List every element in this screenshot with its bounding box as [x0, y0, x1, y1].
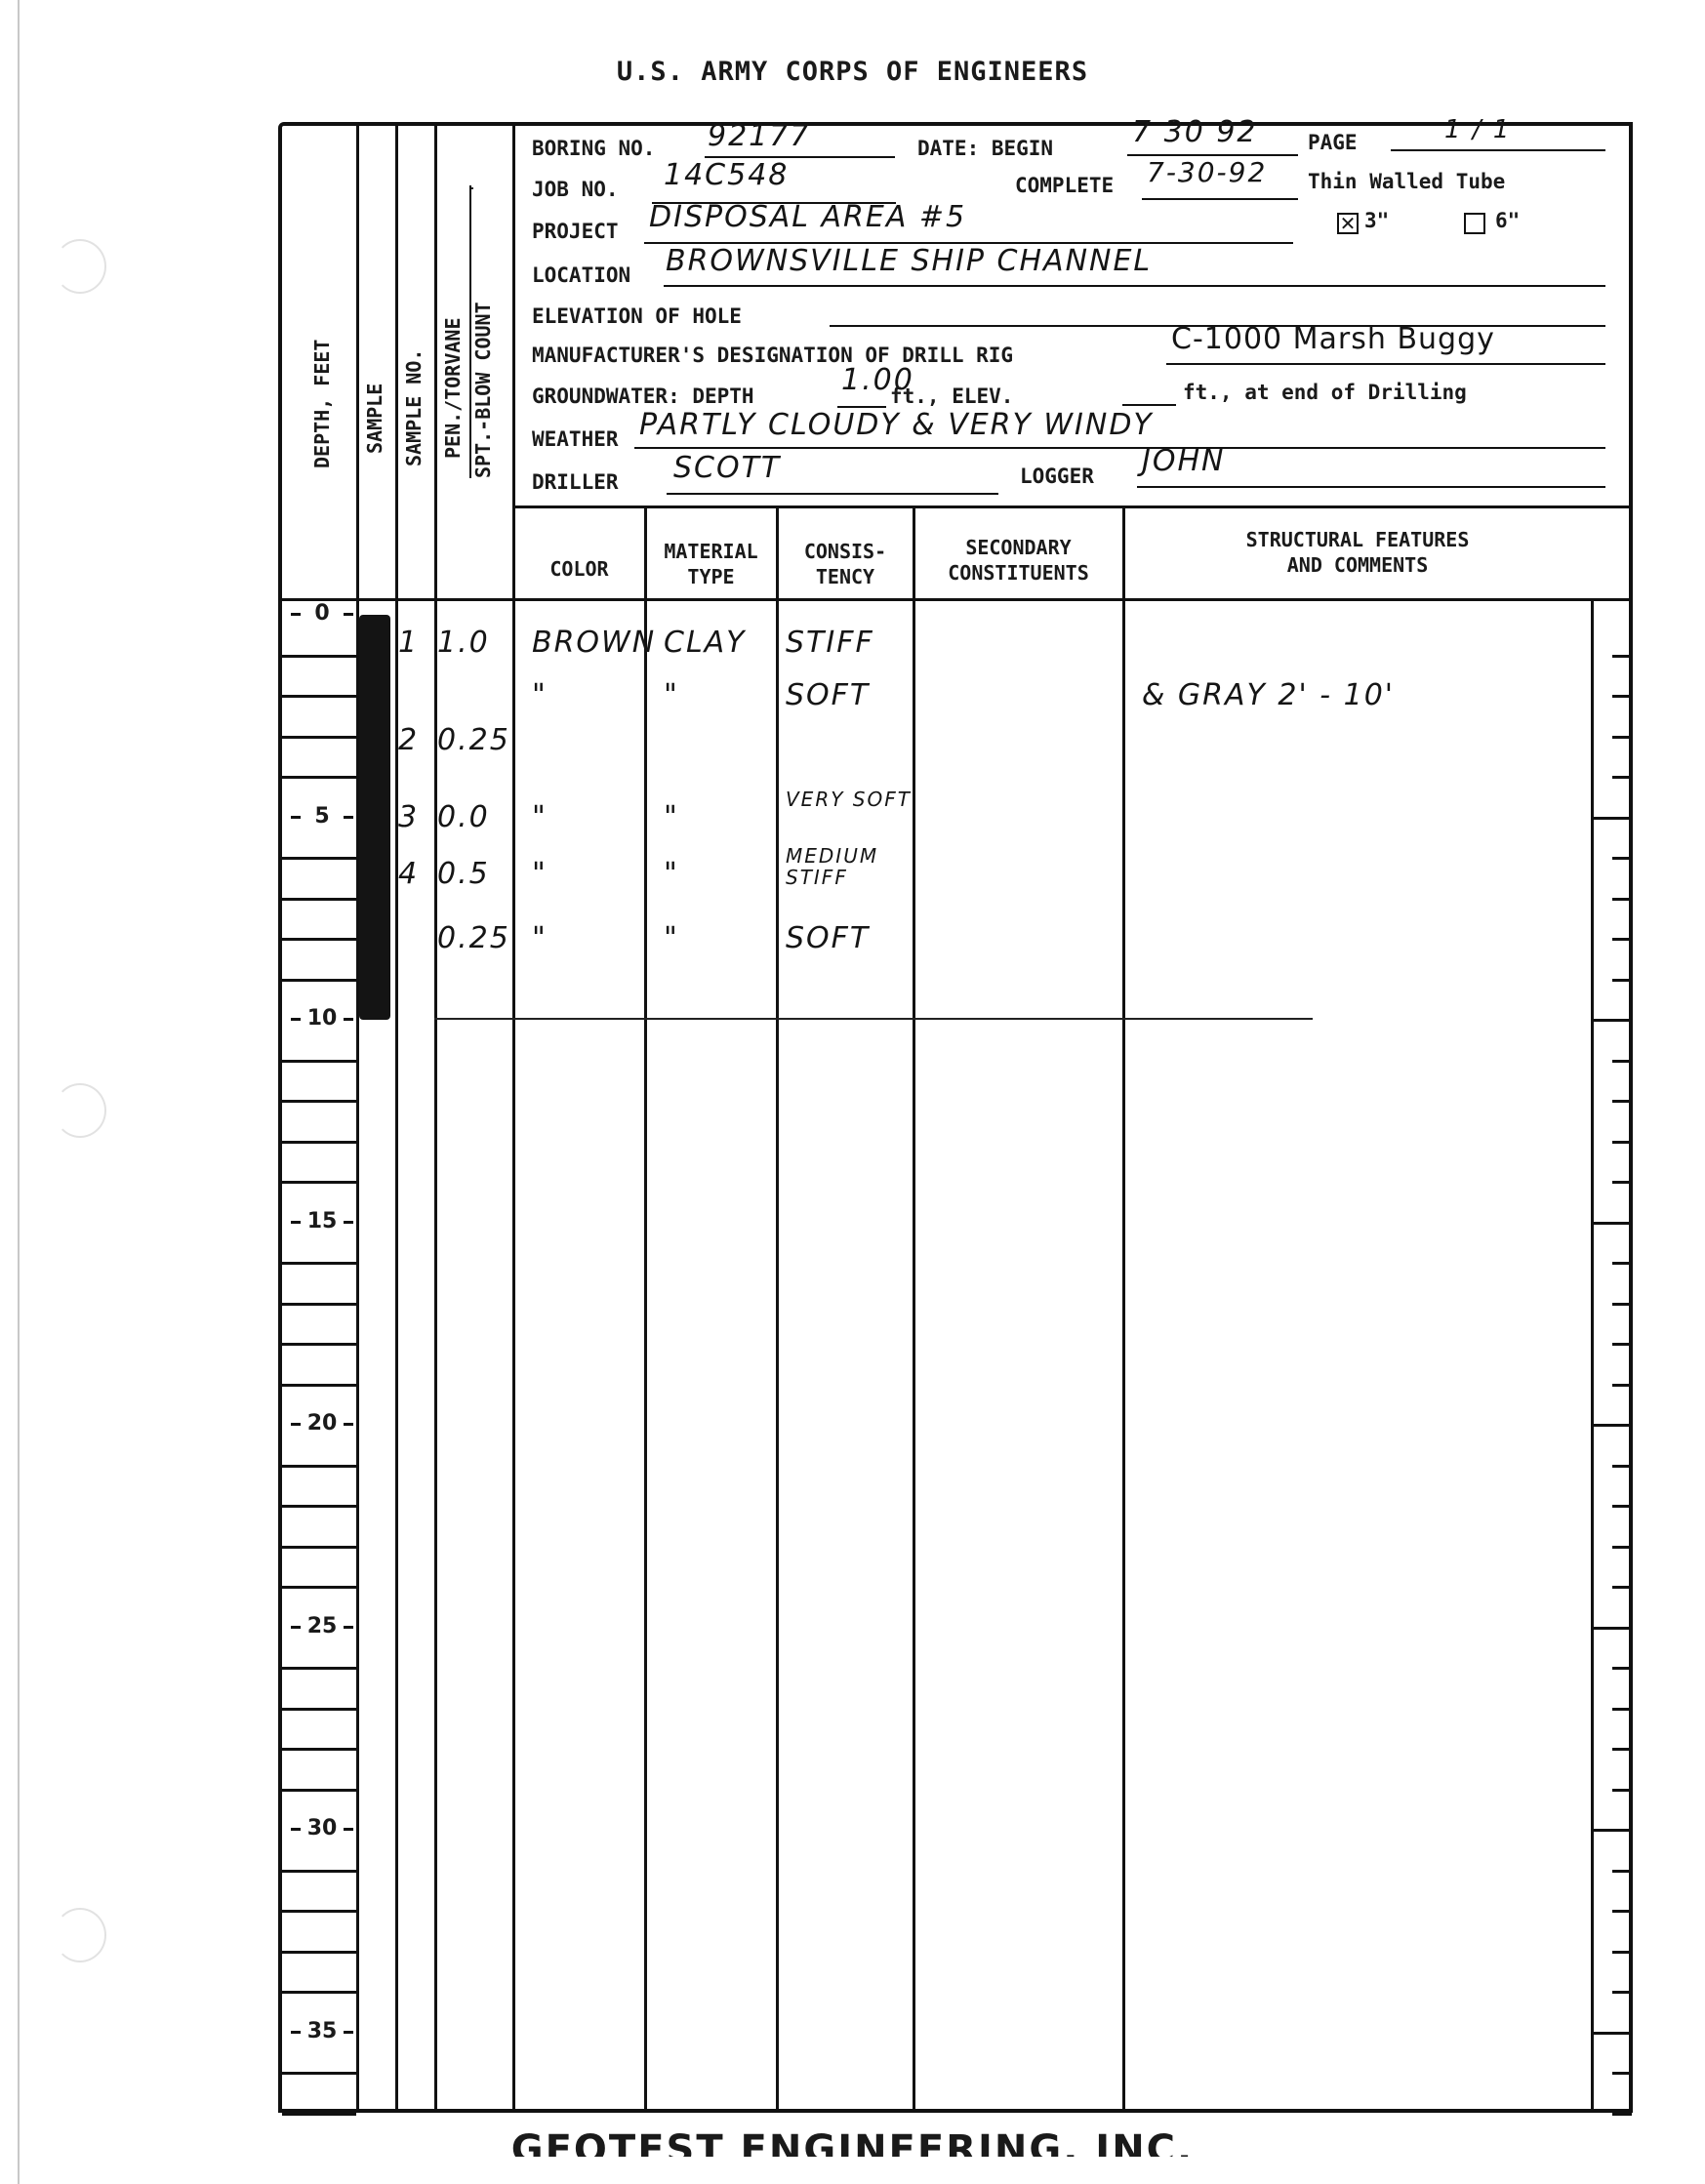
- depth-tick: [1612, 655, 1632, 658]
- sample-no-cell[interactable]: 2: [398, 723, 419, 757]
- depth-tick: [1612, 1951, 1632, 1954]
- weather-label: WEATHER: [532, 427, 619, 451]
- consistency-cell[interactable]: MEDIUM STIFF: [786, 845, 913, 888]
- document-title: U.S. ARMY CORPS OF ENGINEERS: [0, 57, 1705, 87]
- groundwater-label: GROUNDWATER: DEPTH: [532, 384, 754, 408]
- secondary-header-line1: SECONDARY: [965, 536, 1071, 559]
- footer-company: GEOTEST ENGINEERING, INC.: [0, 2127, 1705, 2157]
- job-no-label: JOB NO.: [532, 178, 619, 201]
- sample-no-cell[interactable]: 3: [398, 800, 419, 834]
- depth-tick: [282, 2113, 356, 2116]
- depth-tick: [282, 1181, 356, 1184]
- location-value[interactable]: BROWNSVILLE SHIP CHANNEL: [666, 244, 1152, 278]
- depth-tick: [282, 1870, 356, 1873]
- color-cell[interactable]: ": [532, 678, 548, 712]
- depth-tick: [282, 1748, 356, 1751]
- depth-tick: [1591, 1627, 1632, 1630]
- structural-column-header: STRUCTURAL FEATURESAND COMMENTS: [1124, 527, 1591, 578]
- punch-hole: [54, 239, 106, 294]
- color-column-header: COLOR: [514, 556, 644, 582]
- underline: [1166, 363, 1605, 365]
- thin-walled-tube-label: Thin Walled Tube: [1308, 170, 1505, 193]
- material-cell[interactable]: ": [664, 800, 679, 834]
- depth-tick: [282, 1546, 356, 1549]
- sample-no-cell[interactable]: 4: [398, 857, 419, 891]
- depth-tick: [1612, 736, 1632, 739]
- depth-tick: [282, 1667, 356, 1670]
- driller-label: DRILLER: [532, 470, 619, 494]
- depth-tick: [282, 1262, 356, 1265]
- depth-tick: [282, 1951, 356, 1954]
- depth-tick: [1591, 1829, 1632, 1832]
- driller-value[interactable]: SCOTT: [673, 451, 781, 485]
- depth-label: 0: [291, 601, 353, 626]
- depth-tick: [1612, 2113, 1632, 2116]
- depth-tick: [1612, 776, 1632, 779]
- depth-tick: [282, 1708, 356, 1711]
- column-divider: [356, 124, 359, 2111]
- depth-tick: [1612, 1667, 1632, 1670]
- fraction-divider: [471, 187, 473, 189]
- logger-value[interactable]: JOHN: [1142, 444, 1225, 478]
- column-divider: [512, 124, 515, 2111]
- color-cell[interactable]: BROWN: [532, 626, 656, 660]
- sample-recovery-bar: [359, 615, 390, 1020]
- date-begin-label: DATE: BEGIN: [917, 137, 1053, 160]
- column-divider: [776, 507, 779, 2111]
- logger-label: LOGGER: [1020, 465, 1094, 488]
- consistency-header-line1: CONSIS-: [804, 540, 886, 563]
- date-complete-label: COMPLETE: [1015, 174, 1114, 197]
- boring-no-value[interactable]: 92177: [708, 119, 810, 153]
- punch-hole: [54, 1908, 106, 1962]
- depth-tick: [1591, 1222, 1632, 1225]
- depth-tick: [1591, 1424, 1632, 1427]
- tube-3in-label: 3": [1364, 209, 1389, 232]
- depth-tick: [282, 1505, 356, 1508]
- depth-tick: [282, 1384, 356, 1387]
- depth-label: 30: [291, 1816, 353, 1840]
- depth-tick: [1591, 817, 1632, 820]
- depth-tick: [282, 736, 356, 739]
- depth-tick: [1612, 1141, 1632, 1144]
- consistency-header-line2: TENCY: [816, 565, 874, 588]
- depth-tick: [1612, 898, 1632, 901]
- groundwater-elev-field: [1122, 404, 1176, 406]
- column-header-divider: [280, 598, 1631, 601]
- depth-label: 35: [291, 2019, 353, 2043]
- material-column-header: MATERIALTYPE: [646, 539, 776, 589]
- header-divider: [512, 506, 1631, 508]
- comment-cell[interactable]: & GRAY 2' - 10': [1142, 678, 1395, 712]
- weather-value[interactable]: PARTLY CLOUDY & VERY WINDY: [639, 408, 1154, 442]
- depth-label: 15: [291, 1209, 353, 1234]
- sample-no-cell[interactable]: 1: [398, 626, 419, 660]
- depth-tick: [282, 776, 356, 779]
- sample-no-column-header: SAMPLE NO.: [402, 349, 426, 466]
- pen-torvane-cell[interactable]: 0.5: [437, 857, 490, 891]
- depth-label: 5: [291, 804, 353, 829]
- consistency-cell[interactable]: SOFT: [786, 921, 870, 955]
- depth-tick: [282, 695, 356, 698]
- depth-tick: [1612, 1991, 1632, 1994]
- material-header-line2: TYPE: [687, 565, 734, 588]
- boring-no-label: BORING NO.: [532, 137, 655, 160]
- depth-tick: [282, 938, 356, 941]
- consistency-column-header: CONSIS-TENCY: [778, 539, 913, 589]
- page-label: PAGE: [1308, 131, 1358, 154]
- tube-6in-label: 6": [1495, 209, 1520, 232]
- project-value[interactable]: DISPOSAL AREA #5: [649, 200, 966, 234]
- depth-tick: [1612, 1384, 1632, 1387]
- depth-column-header: DEPTH, FEET: [310, 340, 334, 468]
- depth-label: 10: [291, 1006, 353, 1031]
- depth-tick: [1612, 1910, 1632, 1913]
- depth-tick: [1612, 1546, 1632, 1549]
- depth-tick: [282, 1303, 356, 1306]
- pen-torvane-cell[interactable]: 0.25: [437, 921, 510, 955]
- secondary-header-line2: CONSTITUENTS: [948, 561, 1089, 585]
- depth-label: 20: [291, 1411, 353, 1436]
- depth-tick: [1612, 1465, 1632, 1468]
- depth-tick: [1612, 1181, 1632, 1184]
- depth-tick: [1612, 1303, 1632, 1306]
- elevation-label: ELEVATION OF HOLE: [532, 304, 742, 328]
- underline: [667, 493, 998, 495]
- depth-tick: [282, 1465, 356, 1468]
- groundwater-elev-label: ft., ELEV.: [890, 384, 1013, 408]
- depth-tick: [1612, 1343, 1632, 1346]
- punch-hole: [54, 1083, 106, 1138]
- drill-rig-label: MANUFACTURER'S DESIGNATION OF DRILL RIG: [532, 344, 1013, 367]
- color-cell[interactable]: ": [532, 921, 548, 955]
- depth-tick: [282, 2072, 356, 2075]
- consistency-cell[interactable]: STIFF: [786, 626, 874, 660]
- spt-column-header: SPT.-BLOW COUNT: [471, 302, 495, 478]
- depth-tick: [282, 655, 356, 658]
- column-divider: [395, 124, 398, 2111]
- pen-torvane-cell[interactable]: 0.25: [437, 723, 510, 757]
- page-value[interactable]: 1 / 1: [1444, 115, 1511, 144]
- depth-tick: [1612, 1870, 1632, 1873]
- depth-label: 25: [291, 1614, 353, 1638]
- depth-tick: [1591, 1019, 1632, 1022]
- depth-tick: [1591, 2032, 1632, 2035]
- pen-torvane-cell[interactable]: 1.0: [437, 626, 490, 660]
- depth-tick: [1612, 1789, 1632, 1792]
- material-cell[interactable]: ": [664, 921, 679, 955]
- date-begin-value[interactable]: 7 30 92: [1132, 115, 1258, 149]
- depth-tick: [1612, 1100, 1632, 1103]
- date-complete-value[interactable]: 7-30-92: [1147, 156, 1267, 188]
- color-cell[interactable]: ": [532, 857, 548, 891]
- column-divider: [913, 507, 915, 2111]
- depth-tick: [1612, 938, 1632, 941]
- material-cell[interactable]: CLAY: [664, 626, 747, 660]
- material-cell[interactable]: ": [664, 857, 679, 891]
- depth-tick: [1612, 857, 1632, 860]
- depth-tick: [282, 1789, 356, 1792]
- underline: [1391, 149, 1605, 151]
- underline: [1142, 198, 1298, 200]
- sample-column-header: SAMPLE: [363, 384, 386, 454]
- bottom-of-boring-line: [434, 1018, 1313, 1020]
- depth-tick: [282, 1100, 356, 1103]
- page-edge: [18, 0, 20, 2184]
- secondary-column-header: SECONDARYCONSTITUENTS: [914, 535, 1122, 586]
- consistency-cell[interactable]: VERY SOFT: [786, 789, 913, 810]
- underline: [1137, 486, 1605, 488]
- location-label: LOCATION: [532, 263, 630, 287]
- column-divider: [644, 507, 647, 2111]
- fraction-bar: [469, 185, 471, 478]
- color-cell[interactable]: ": [532, 800, 548, 834]
- column-divider: [1591, 598, 1594, 2111]
- depth-tick: [1612, 1708, 1632, 1711]
- depth-tick: [282, 1910, 356, 1913]
- job-no-value[interactable]: 14C548: [664, 158, 789, 192]
- depth-tick: [282, 857, 356, 860]
- consistency-cell[interactable]: SOFT: [786, 678, 870, 712]
- underline: [664, 285, 1605, 287]
- pen-torvane-column-header: PEN./TORVANE: [441, 318, 465, 460]
- depth-tick: [1612, 1262, 1632, 1265]
- depth-tick: [1612, 2072, 1632, 2075]
- material-cell[interactable]: ": [664, 678, 679, 712]
- drill-rig-value[interactable]: C-1000 Marsh Buggy: [1171, 322, 1495, 356]
- underline: [634, 447, 1605, 449]
- depth-tick: [1612, 695, 1632, 698]
- depth-tick: [1612, 1505, 1632, 1508]
- structural-header-line1: STRUCTURAL FEATURES: [1246, 528, 1470, 551]
- depth-tick: [1612, 1586, 1632, 1589]
- depth-tick: [282, 979, 356, 982]
- tube-6in-checkbox[interactable]: [1464, 213, 1485, 234]
- structural-header-line2: AND COMMENTS: [1287, 553, 1429, 577]
- depth-tick: [282, 1060, 356, 1063]
- column-divider: [1122, 507, 1125, 2111]
- project-label: PROJECT: [532, 220, 619, 243]
- end-of-drilling-label: ft., at end of Drilling: [1183, 381, 1467, 404]
- column-divider: [434, 124, 437, 2111]
- depth-tick: [282, 1586, 356, 1589]
- depth-tick: [282, 1141, 356, 1144]
- depth-tick: [1612, 979, 1632, 982]
- pen-torvane-cell[interactable]: 0.0: [437, 800, 490, 834]
- depth-tick: [282, 898, 356, 901]
- tube-3in-checkbox[interactable]: ✕: [1337, 213, 1359, 234]
- depth-tick: [1612, 1748, 1632, 1751]
- depth-tick: [282, 1343, 356, 1346]
- depth-tick: [282, 1991, 356, 1994]
- material-header-line1: MATERIAL: [664, 540, 757, 563]
- depth-tick: [1612, 1060, 1632, 1063]
